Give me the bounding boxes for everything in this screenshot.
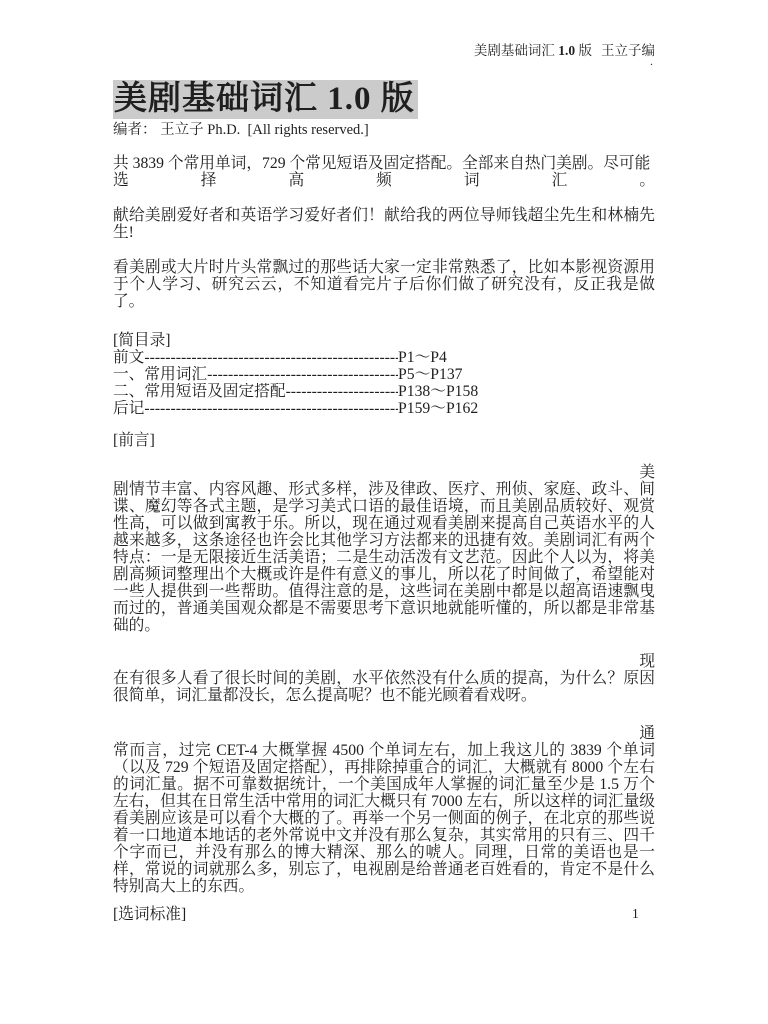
document-title-text: 美剧基础词汇 xyxy=(114,81,327,117)
preface-para3-body: 常而言，过完 CET-4 大概掌握 4500 个单词左右，加上我这儿的 3839… xyxy=(113,742,655,895)
running-header-suffix: 版 xyxy=(575,43,592,58)
dedication-paragraph: 献给美剧爱好者和英语学习爱好者们！献给我的两位导师钱超尘先生和林楠先生! xyxy=(113,207,655,241)
toc-dashes: ----------------------------------------… xyxy=(144,400,398,417)
toc-pages: P5～P137 xyxy=(398,366,463,383)
remark-paragraph: 看美剧或大片时片头常飘过的那些话大家一定非常熟悉了，比如本影视资源用于个人学习、… xyxy=(113,259,655,310)
toc-row: 前文--------------------------------------… xyxy=(113,349,655,366)
preface-para3-lead-char: 通 xyxy=(113,725,655,742)
running-header-author: 王立子编 xyxy=(601,43,655,58)
running-header-version: 1.0 xyxy=(558,43,575,58)
preface-para1-lead-char: 美 xyxy=(113,464,655,481)
toc-dashes: ----------------------------------------… xyxy=(207,366,398,383)
document-title-version: 1.0 xyxy=(327,81,371,117)
document-content: 美剧基础词汇 1.0 版王立子编 . 美剧基础词汇 1.0 版 编者： 王立子 … xyxy=(0,0,655,923)
preface-para2-body: 在有很多人看了很长时间的美剧，水平依然没有什么质的提高，为什么？原因很简单，词汇… xyxy=(113,670,655,704)
page-number: 1 xyxy=(632,906,639,921)
toc-label: 前文 xyxy=(113,349,144,366)
toc-row: 二、常用短语及固定搭配-----------------------------… xyxy=(113,383,655,400)
intro-paragraph-line1: 共 3839 个常用单词，729 个常见短语及固定搭配。全部来自热门美剧。尽可能 xyxy=(113,155,655,172)
toc-dashes: ----------------------------------------… xyxy=(144,349,398,366)
word-selection-criteria-heading: [选词标准] xyxy=(113,906,655,923)
table-of-contents: [简目录] 前文--------------------------------… xyxy=(113,332,655,417)
toc-label: 二、常用短语及固定搭配 xyxy=(113,383,286,400)
toc-pages: P138～P158 xyxy=(398,383,478,400)
toc-label: 后记 xyxy=(113,400,144,417)
byline: 编者： 王立子 Ph.D. [All rights reserved.] xyxy=(113,122,655,139)
document-title: 美剧基础词汇 1.0 版 xyxy=(113,79,655,119)
toc-row: 一、常用词汇----------------------------------… xyxy=(113,366,655,383)
preface-para2-lead-char: 现 xyxy=(113,653,655,670)
toc-row: 后记--------------------------------------… xyxy=(113,400,655,417)
document-page: 美剧基础词汇 1.0 版王立子编 . 美剧基础词汇 1.0 版 编者： 王立子 … xyxy=(0,0,768,1024)
running-header: 美剧基础词汇 1.0 版王立子编 xyxy=(113,43,655,58)
running-header-title: 美剧基础词汇 xyxy=(474,43,558,58)
toc-heading: [简目录] xyxy=(113,332,655,349)
intro-paragraph-line2-justified: 选择高频词汇。 xyxy=(113,172,655,189)
toc-pages: P1～P4 xyxy=(398,349,447,366)
toc-pages: P159～P162 xyxy=(398,400,478,417)
toc-label: 一、常用词汇 xyxy=(113,366,207,383)
preface-heading: [前言] xyxy=(113,432,655,449)
toc-dashes: ----------------------------------------… xyxy=(286,383,398,400)
preface-para1-body: 剧情节丰富、内容风趣、形式多样，涉及律政、医疗、刑侦、家庭、政斗、间谍、魔幻等各… xyxy=(113,481,655,634)
document-title-suffix: 版 xyxy=(372,81,415,117)
running-header-stray-mark: . xyxy=(113,58,655,66)
document-title-highlight: 美剧基础词汇 1.0 版 xyxy=(113,80,418,119)
